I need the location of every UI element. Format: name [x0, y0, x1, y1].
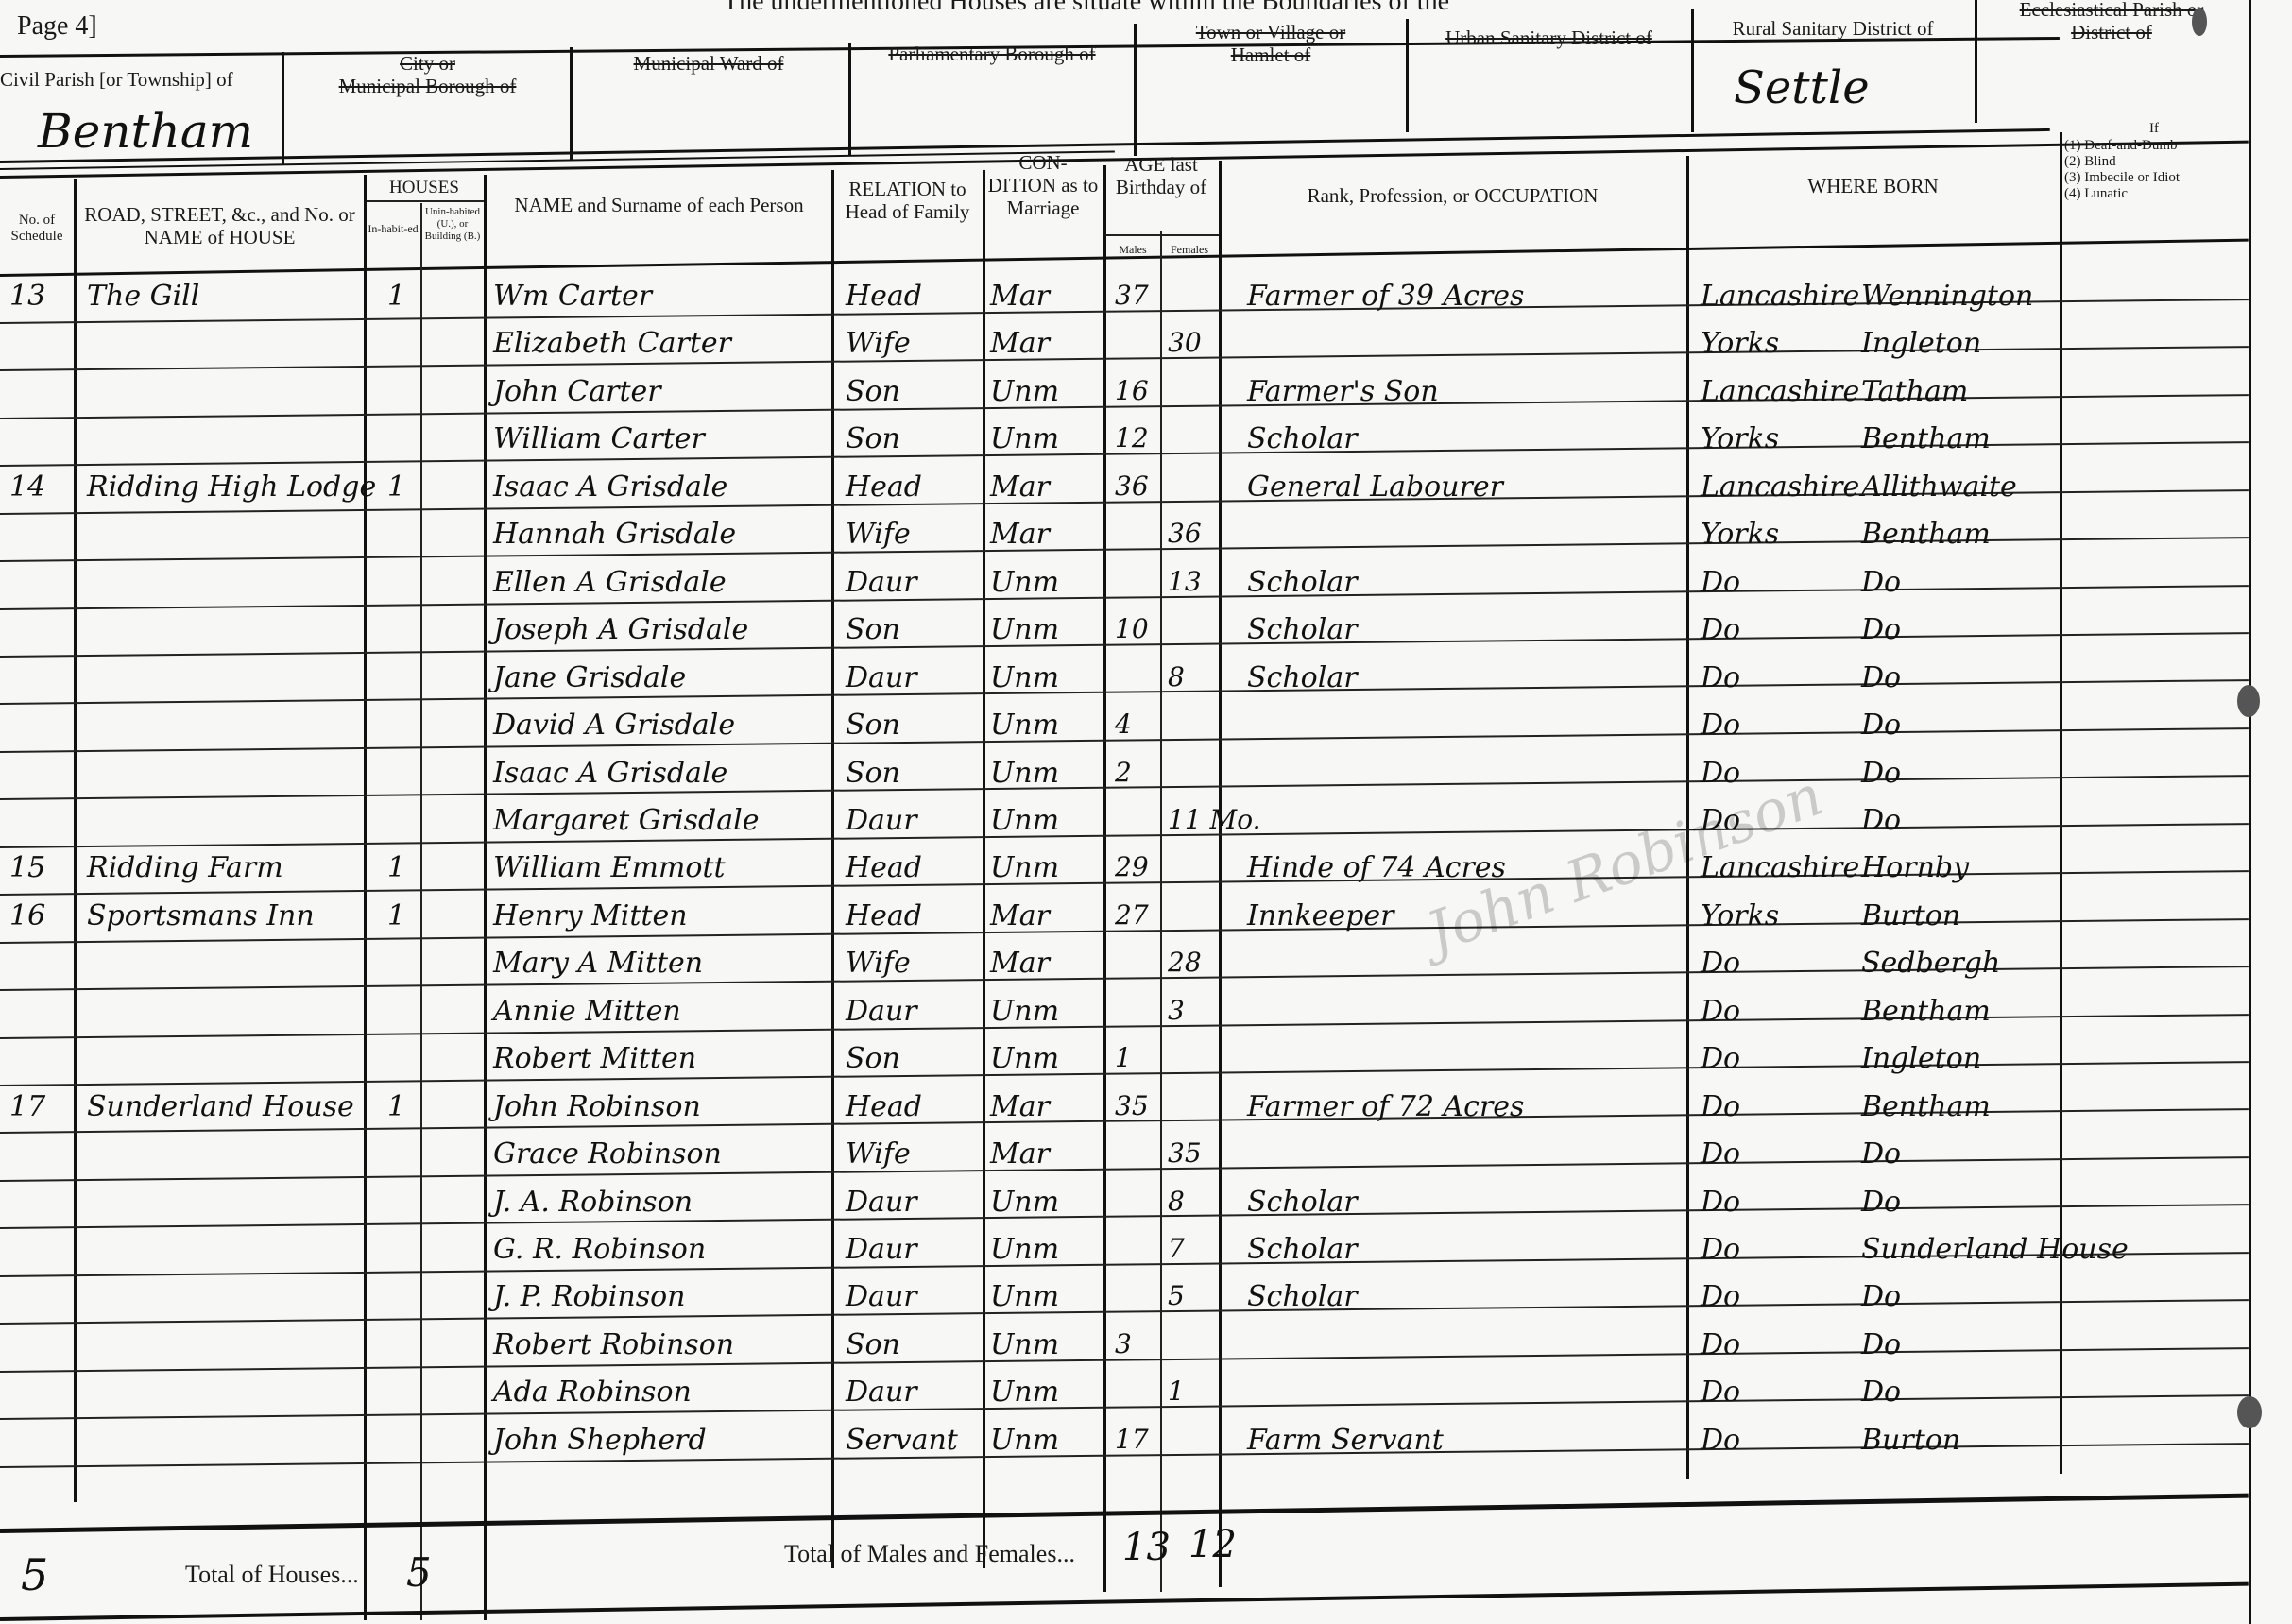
occupation: Farmer's Son [1247, 375, 1439, 408]
top-banner: The undermentioned Houses are situate wi… [723, 0, 1449, 17]
condition: Mar [990, 1090, 1050, 1123]
condition: Mar [990, 470, 1050, 504]
born-county: Lancashire [1701, 375, 1859, 408]
col-uninhabited: Unin-habited (U.), or Building (B.) [422, 206, 483, 243]
relation: Son [846, 709, 900, 742]
born-place: Burton [1861, 899, 1960, 932]
city-label: City or Municipal Borough of [288, 52, 567, 97]
born-place: Tatham [1861, 375, 1968, 408]
born-county: Do [1701, 1186, 1740, 1219]
born-county: Yorks [1701, 327, 1779, 360]
relation: Daur [846, 995, 917, 1028]
relation: Daur [846, 804, 917, 837]
house-name: Ridding Farm [87, 851, 283, 884]
schedule-no: 17 [9, 1090, 45, 1123]
born-county: Do [1701, 1424, 1740, 1457]
relation: Son [846, 375, 900, 408]
female-age: 36 [1168, 518, 1202, 549]
condition: Unm [990, 661, 1059, 694]
born-county: Yorks [1701, 518, 1779, 551]
born-place: Burton [1861, 1424, 1960, 1457]
born-place: Do [1861, 1280, 1901, 1313]
condition: Mar [990, 1137, 1050, 1171]
relation: Head [846, 280, 922, 313]
born-place: Do [1861, 1137, 1901, 1171]
col-occupation: Rank, Profession, or OCCUPATION [1223, 184, 1682, 207]
col-age: AGE last Birthday of [1105, 153, 1217, 198]
condition: Unm [990, 1328, 1059, 1361]
municipal-ward-label: Municipal Ward of [572, 52, 846, 75]
born-place: Hornby [1861, 851, 1969, 884]
col-where-born: WHERE BORN [1691, 175, 2055, 197]
female-age: 28 [1168, 947, 1202, 978]
row-divider [0, 1299, 2249, 1325]
condition: Unm [990, 1376, 1059, 1409]
ink-spot [2237, 1396, 2262, 1428]
person-name: J. P. Robinson [493, 1280, 686, 1313]
born-place: Bentham [1861, 995, 1991, 1028]
born-place: Bentham [1861, 1090, 1991, 1123]
born-county: Lancashire [1701, 280, 1859, 313]
born-county: Do [1701, 709, 1740, 742]
person-name: Isaac A Grisdale [493, 757, 727, 790]
born-place: Do [1861, 709, 1901, 742]
occupation: Scholar [1247, 566, 1358, 599]
female-age: 7 [1168, 1233, 1185, 1264]
person-name: Mary A Mitten [493, 947, 703, 980]
relation: Head [846, 470, 922, 504]
relation: Son [846, 613, 900, 646]
person-name: Henry Mitten [493, 899, 688, 932]
born-county: Do [1701, 1233, 1740, 1266]
born-place: Do [1861, 1328, 1901, 1361]
male-age: 27 [1115, 899, 1149, 931]
born-county: Do [1701, 995, 1740, 1028]
male-age: 2 [1115, 757, 1132, 788]
person-name: J. A. Robinson [493, 1186, 693, 1219]
born-place: Do [1861, 1376, 1901, 1409]
house-name: Sportsmans Inn [87, 899, 315, 932]
occupation: General Labourer [1247, 470, 1503, 504]
born-place: Allithwaite [1861, 470, 2017, 504]
col-females: Females [1162, 244, 1217, 256]
female-age: 1 [1168, 1376, 1185, 1407]
person-name: Margaret Grisdale [493, 804, 759, 837]
ecclesiastical-label: Ecclesiastical Parish or District of [1975, 0, 2249, 43]
row-divider [0, 1156, 2249, 1182]
schedule-no: 15 [9, 851, 45, 884]
condition: Unm [990, 566, 1059, 599]
condition: Unm [990, 995, 1059, 1028]
relation: Daur [846, 1376, 917, 1409]
relation: Son [846, 422, 900, 455]
relation: Daur [846, 1280, 917, 1313]
born-place: Do [1861, 613, 1901, 646]
born-place: Sedbergh [1861, 947, 2000, 980]
born-place: Wennington [1861, 280, 2033, 313]
person-name: William Carter [493, 422, 705, 455]
condition: Unm [990, 757, 1059, 790]
relation: Son [846, 757, 900, 790]
relation: Wife [846, 947, 911, 980]
schedule-no: 14 [9, 470, 45, 504]
condition: Unm [990, 613, 1059, 646]
relation: Son [846, 1328, 900, 1361]
census-page: Page 4] The undermentioned Houses are si… [0, 0, 2292, 1624]
born-place: Do [1861, 757, 1901, 790]
condition: Unm [990, 1186, 1059, 1219]
house-name: Sunderland House [87, 1090, 354, 1123]
person-name: Elizabeth Carter [493, 327, 731, 360]
condition: Unm [990, 422, 1059, 455]
born-county: Do [1701, 1280, 1740, 1313]
inhabited-count: 1 [387, 899, 405, 932]
schedule-no: 16 [9, 899, 45, 932]
inhabited-count: 1 [387, 1090, 405, 1123]
row-divider [0, 1204, 2249, 1229]
person-name: G. R. Robinson [493, 1233, 706, 1266]
male-age: 1 [1115, 1042, 1132, 1073]
born-place: Do [1861, 566, 1901, 599]
male-age: 29 [1115, 851, 1149, 882]
condition: Unm [990, 1280, 1059, 1313]
born-place: Do [1861, 661, 1901, 694]
town-label: Town or Village or Hamlet of [1138, 21, 1403, 66]
page-label: Page 4] [17, 11, 97, 42]
row-divider [0, 585, 2249, 610]
col-road: ROAD, STREET, &c., and No. or NAME of HO… [80, 203, 359, 248]
relation: Son [846, 1042, 900, 1075]
born-county: Do [1701, 1042, 1740, 1075]
person-name: Joseph A Grisdale [493, 613, 748, 646]
condition: Mar [990, 899, 1050, 932]
person-name: William Emmott [493, 851, 726, 884]
occupation: Farm Servant [1247, 1424, 1444, 1457]
male-age: 4 [1115, 709, 1132, 740]
occupation: Farmer of 39 Acres [1247, 280, 1524, 313]
person-name: Ada Robinson [493, 1376, 692, 1409]
female-age: 35 [1168, 1137, 1202, 1169]
condition: Unm [990, 1233, 1059, 1266]
female-age: 30 [1168, 327, 1202, 358]
born-county: Do [1701, 613, 1740, 646]
row-divider [0, 679, 2249, 705]
person-name: Grace Robinson [493, 1137, 722, 1171]
relation: Head [846, 851, 922, 884]
born-county: Do [1701, 1376, 1740, 1409]
total-females: 12 [1189, 1523, 1237, 1566]
col-infirmity-list: (1) Deaf-and-Dumb (2) Blind (3) Imbecile… [2064, 138, 2249, 202]
schedule-no: 13 [9, 280, 45, 313]
born-place: Bentham [1861, 422, 1991, 455]
relation: Wife [846, 518, 911, 551]
occupation: Scholar [1247, 1233, 1358, 1266]
relation: Servant [846, 1424, 958, 1457]
relation: Head [846, 899, 922, 932]
person-name: David A Grisdale [493, 709, 735, 742]
condition: Mar [990, 327, 1050, 360]
born-county: Do [1701, 661, 1740, 694]
parliamentary-borough-label: Parliamentary Borough of [850, 43, 1134, 65]
house-name: Ridding High Lodge [87, 470, 376, 504]
relation: Daur [846, 566, 917, 599]
person-name: John Robinson [493, 1090, 701, 1123]
born-place: Do [1861, 804, 1901, 837]
col-relation: RELATION to Head of Family [834, 178, 981, 223]
condition: Mar [990, 947, 1050, 980]
relation: Wife [846, 1137, 911, 1171]
born-county: Do [1701, 1137, 1740, 1171]
female-age: 5 [1168, 1280, 1185, 1311]
born-county: Do [1701, 1090, 1740, 1123]
female-age: 13 [1168, 566, 1202, 597]
female-age: 3 [1168, 995, 1185, 1026]
born-county: Lancashire [1701, 470, 1859, 504]
house-name: The Gill [87, 280, 199, 313]
occupation: Scholar [1247, 1186, 1358, 1219]
condition: Unm [990, 804, 1059, 837]
inhabited-count: 1 [387, 280, 405, 313]
person-name: John Shepherd [493, 1424, 707, 1457]
rural-sanitary-label: Rural Sanitary District of [1696, 17, 1970, 40]
relation: Daur [846, 661, 917, 694]
schedule-total: 5 [21, 1549, 48, 1600]
person-name: Annie Mitten [493, 995, 681, 1028]
total-mf-label: Total of Males and Females... [784, 1540, 1075, 1568]
total-houses-value: 5 [406, 1549, 432, 1596]
civil-parish-value: Bentham [38, 104, 253, 159]
civil-parish-label: Civil Parish [or Township] of [0, 68, 283, 91]
relation: Daur [846, 1233, 917, 1266]
born-county: Do [1701, 757, 1740, 790]
male-age: 35 [1115, 1090, 1149, 1121]
male-age: 12 [1115, 422, 1149, 453]
col-houses: HOUSES [367, 179, 482, 196]
col-condition: CON-DITION as to Marriage [985, 151, 1101, 219]
relation: Wife [846, 327, 911, 360]
born-county: Do [1701, 566, 1740, 599]
condition: Unm [990, 1424, 1059, 1457]
ink-spot [2192, 8, 2207, 36]
col-males: Males [1105, 244, 1160, 256]
inhabited-count: 1 [387, 851, 405, 884]
relation: Daur [846, 1186, 917, 1219]
born-county: Yorks [1701, 899, 1779, 932]
occupation: Hinde of 74 Acres [1247, 851, 1506, 884]
person-name: John Carter [493, 375, 661, 408]
condition: Unm [990, 375, 1059, 408]
rural-sanitary-value: Settle [1734, 61, 1870, 114]
male-age: 36 [1115, 470, 1149, 502]
person-name: Isaac A Grisdale [493, 470, 727, 504]
born-place: Ingleton [1861, 1042, 1981, 1075]
occupation: Scholar [1247, 422, 1358, 455]
occupation: Scholar [1247, 1280, 1358, 1313]
born-county: Do [1701, 1328, 1740, 1361]
born-place: Ingleton [1861, 327, 1981, 360]
col-schedule: No. of Schedule [0, 213, 74, 245]
condition: Unm [990, 851, 1059, 884]
person-name: Hannah Grisdale [493, 518, 736, 551]
male-age: 37 [1115, 280, 1149, 311]
col-name: NAME and Surname of each Person [491, 194, 827, 216]
occupation: Farmer of 72 Acres [1247, 1090, 1524, 1123]
inhabited-count: 1 [387, 470, 405, 504]
born-place: Do [1861, 1186, 1901, 1219]
condition: Mar [990, 518, 1050, 551]
total-houses-label: Total of Houses... [185, 1561, 359, 1589]
female-age: 11 Mo. [1168, 804, 1260, 835]
condition: Mar [990, 280, 1050, 313]
born-place: Bentham [1861, 518, 1991, 551]
total-males: 13 [1122, 1526, 1171, 1569]
person-name: Wm Carter [493, 280, 652, 313]
person-name: Ellen A Grisdale [493, 566, 727, 599]
urban-sanitary-label: Urban Sanitary District of [1410, 26, 1688, 49]
person-name: Robert Robinson [493, 1328, 734, 1361]
born-place: Sunderland House [1861, 1233, 2129, 1266]
relation: Head [846, 1090, 922, 1123]
condition: Unm [990, 1042, 1059, 1075]
born-county: Yorks [1701, 422, 1779, 455]
female-age: 8 [1168, 661, 1185, 692]
male-age: 10 [1115, 613, 1149, 644]
female-age: 8 [1168, 1186, 1185, 1217]
occupation: Innkeeper [1247, 899, 1394, 932]
row-divider [0, 823, 2249, 848]
male-age: 16 [1115, 375, 1149, 406]
male-age: 3 [1115, 1328, 1132, 1359]
born-county: Do [1701, 947, 1740, 980]
condition: Unm [990, 709, 1059, 742]
col-infirmity-if: If [2064, 121, 2244, 137]
occupation: Scholar [1247, 613, 1358, 646]
ink-spot [2237, 685, 2260, 717]
person-name: Jane Grisdale [493, 661, 686, 694]
row-divider [0, 1394, 2249, 1420]
occupation: Scholar [1247, 661, 1358, 694]
col-inhabited: In-habit-ed [367, 223, 419, 235]
person-name: Robert Mitten [493, 1042, 696, 1075]
male-age: 17 [1115, 1424, 1149, 1455]
